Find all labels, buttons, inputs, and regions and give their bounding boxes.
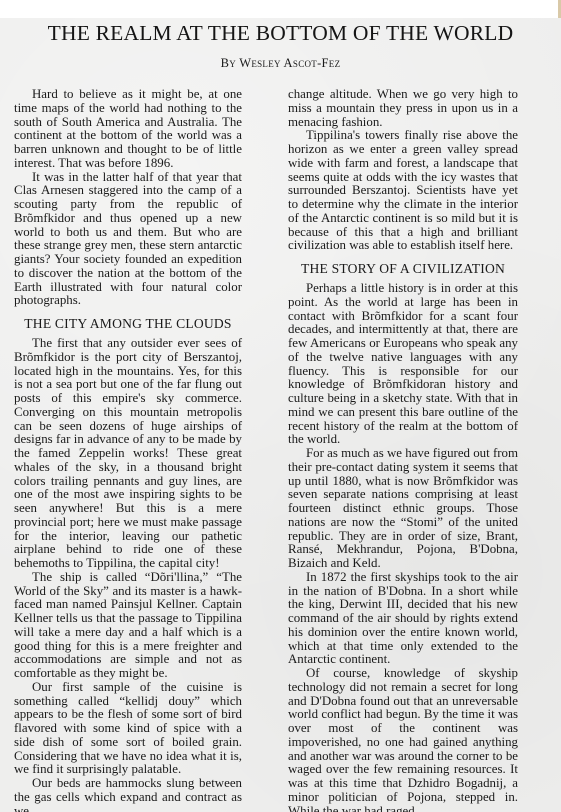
paragraph: Of course, knowledge of skyship technolo… bbox=[288, 667, 518, 812]
paragraph: The ship is called “Dõri'llina,” “The Wo… bbox=[14, 571, 242, 681]
section-heading: THE CITY AMONG THE CLOUDS bbox=[14, 316, 242, 332]
left-column: Hard to believe as it might be, at one t… bbox=[14, 88, 242, 812]
paragraph: Hard to believe as it might be, at one t… bbox=[14, 88, 242, 171]
article-title: THE REALM AT THE BOTTOM OF THE WORLD bbox=[0, 21, 561, 46]
paragraph: It was in the latter half of that year t… bbox=[14, 171, 242, 309]
scanned-page: THE REALM AT THE BOTTOM OF THE WORLD By … bbox=[0, 18, 561, 812]
paragraph-continued: change altitude. When we go very high to… bbox=[288, 88, 518, 129]
right-column: change altitude. When we go very high to… bbox=[288, 88, 518, 812]
paragraph: Our beds are hammocks slung between the … bbox=[14, 777, 242, 812]
paragraph: The first that any outsider ever sees of… bbox=[14, 337, 242, 571]
paragraph: Tippilina's towers finally rise above th… bbox=[288, 129, 518, 253]
paragraph: For as much as we have figured out from … bbox=[288, 447, 518, 571]
paragraph: Our first sample of the cuisine is somet… bbox=[14, 681, 242, 777]
article-byline: By Wesley Ascot-Fez bbox=[0, 56, 561, 71]
paragraph: In 1872 the first skyships took to the a… bbox=[288, 571, 518, 667]
paragraph: Perhaps a little history is in order at … bbox=[288, 282, 518, 447]
section-heading: THE STORY OF A CIVILIZATION bbox=[288, 261, 518, 277]
